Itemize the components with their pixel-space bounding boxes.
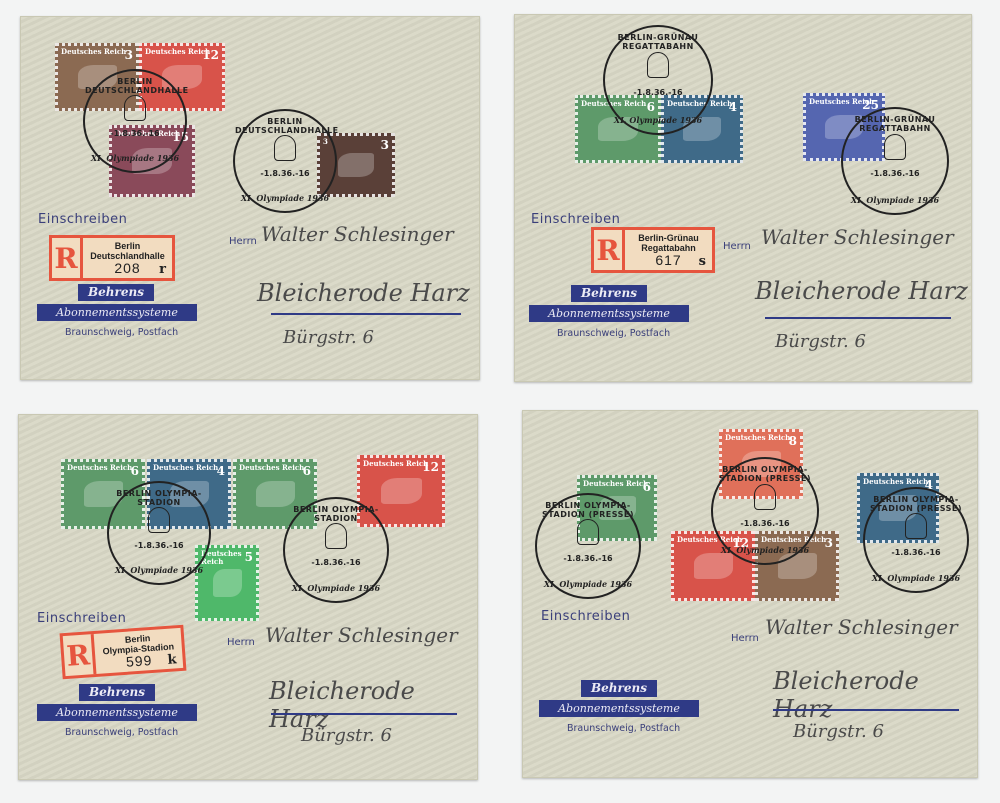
- recipient-name: Walter Schlesinger: [765, 615, 958, 639]
- stamp: Deutsches Reich8: [719, 429, 803, 499]
- recipient-street: Bürgstr. 6: [775, 331, 866, 352]
- recipient-street: Bürgstr. 6: [301, 725, 392, 746]
- cover-olympia-stadion: Deutsches Reich6 Deutsches Reich4 Deutsc…: [18, 414, 478, 780]
- sender-company: Abonnementssysteme: [37, 304, 197, 321]
- recipient-name: Walter Schlesinger: [265, 623, 458, 647]
- stamp: Deutsches Reich6: [233, 459, 317, 529]
- stamp: 33: [317, 133, 395, 197]
- address-underline: [271, 313, 461, 315]
- cover-deutschlandhalle: Deutsches Reich3 Deutsches Reich12 Deuts…: [20, 16, 480, 380]
- herrn-label: Herrn: [731, 633, 759, 644]
- cover-gruenau: Deutsches Reich6 Deutsches Reich4 Deutsc…: [514, 14, 972, 382]
- stamp: Deutsches Reich3: [55, 43, 139, 111]
- herrn-label: Herrn: [229, 236, 257, 247]
- cover-olympia-stadion-presse: Deutsches Reich6 Deutsches Reich8 Deutsc…: [522, 410, 978, 778]
- sender-city: Braunschweig, Postfach: [65, 327, 178, 338]
- stamp: Deutsches Reich6: [61, 459, 145, 529]
- recipient-name: Walter Schlesinger: [261, 222, 454, 246]
- einschreiben-label: Einschreiben: [37, 611, 126, 626]
- sender-name: Behrens: [78, 284, 154, 301]
- sender-name: Behrens: [581, 680, 657, 697]
- stamp: Deutsches Reich5: [195, 545, 259, 621]
- stamp: Deutsches Reich12: [357, 455, 445, 527]
- einschreiben-label: Einschreiben: [531, 212, 620, 227]
- stamp: Deutsches Reich25: [803, 93, 885, 161]
- stamp: Deutsches Reich6: [575, 95, 661, 163]
- address-underline: [765, 317, 951, 319]
- herrn-label: Herrn: [723, 241, 751, 252]
- registration-label: R Berlin-GrünauRegattabahn617s: [591, 227, 715, 273]
- address-underline: [773, 709, 959, 711]
- registration-label: R BerlinDeutschlandhalle208r: [49, 235, 175, 281]
- stamp: Deutsches Reich3: [755, 531, 839, 601]
- recipient-city: Bleicherode Harz: [257, 279, 470, 307]
- sender-company: Abonnementssysteme: [539, 700, 699, 717]
- einschreiben-label: Einschreiben: [38, 212, 127, 227]
- recipient-street: Bürgstr. 6: [283, 327, 374, 348]
- stamp: Deutsches Reich12: [671, 531, 755, 601]
- stamp: Deutsches Reich12: [139, 43, 225, 111]
- address-underline: [271, 713, 457, 715]
- stamp: Deutsches Reich4: [857, 473, 939, 543]
- einschreiben-label: Einschreiben: [541, 609, 630, 624]
- registration-label: R BerlinOlympia-Stadion599k: [60, 625, 187, 680]
- sender-name: Behrens: [79, 684, 155, 701]
- sender-company: Abonnementssysteme: [37, 704, 197, 721]
- sender-company: Abonnementssysteme: [529, 305, 689, 322]
- stamp: Deutsches Reich4: [661, 95, 743, 163]
- stamp: Deutsches Reich6: [577, 475, 657, 541]
- recipient-name: Walter Schlesinger: [761, 225, 954, 249]
- stamp: Deutsches Reich15: [109, 125, 195, 197]
- recipient-street: Bürgstr. 6: [793, 721, 884, 742]
- sender-city: Braunschweig, Postfach: [65, 727, 178, 738]
- recipient-city: Bleicherode Harz: [755, 277, 968, 305]
- recipient-city: Bleicherode Harz: [773, 667, 977, 723]
- stamp: Deutsches Reich4: [147, 459, 231, 529]
- sender-name: Behrens: [571, 285, 647, 302]
- herrn-label: Herrn: [227, 637, 255, 648]
- sender-city: Braunschweig, Postfach: [567, 723, 680, 734]
- sender-city: Braunschweig, Postfach: [557, 328, 670, 339]
